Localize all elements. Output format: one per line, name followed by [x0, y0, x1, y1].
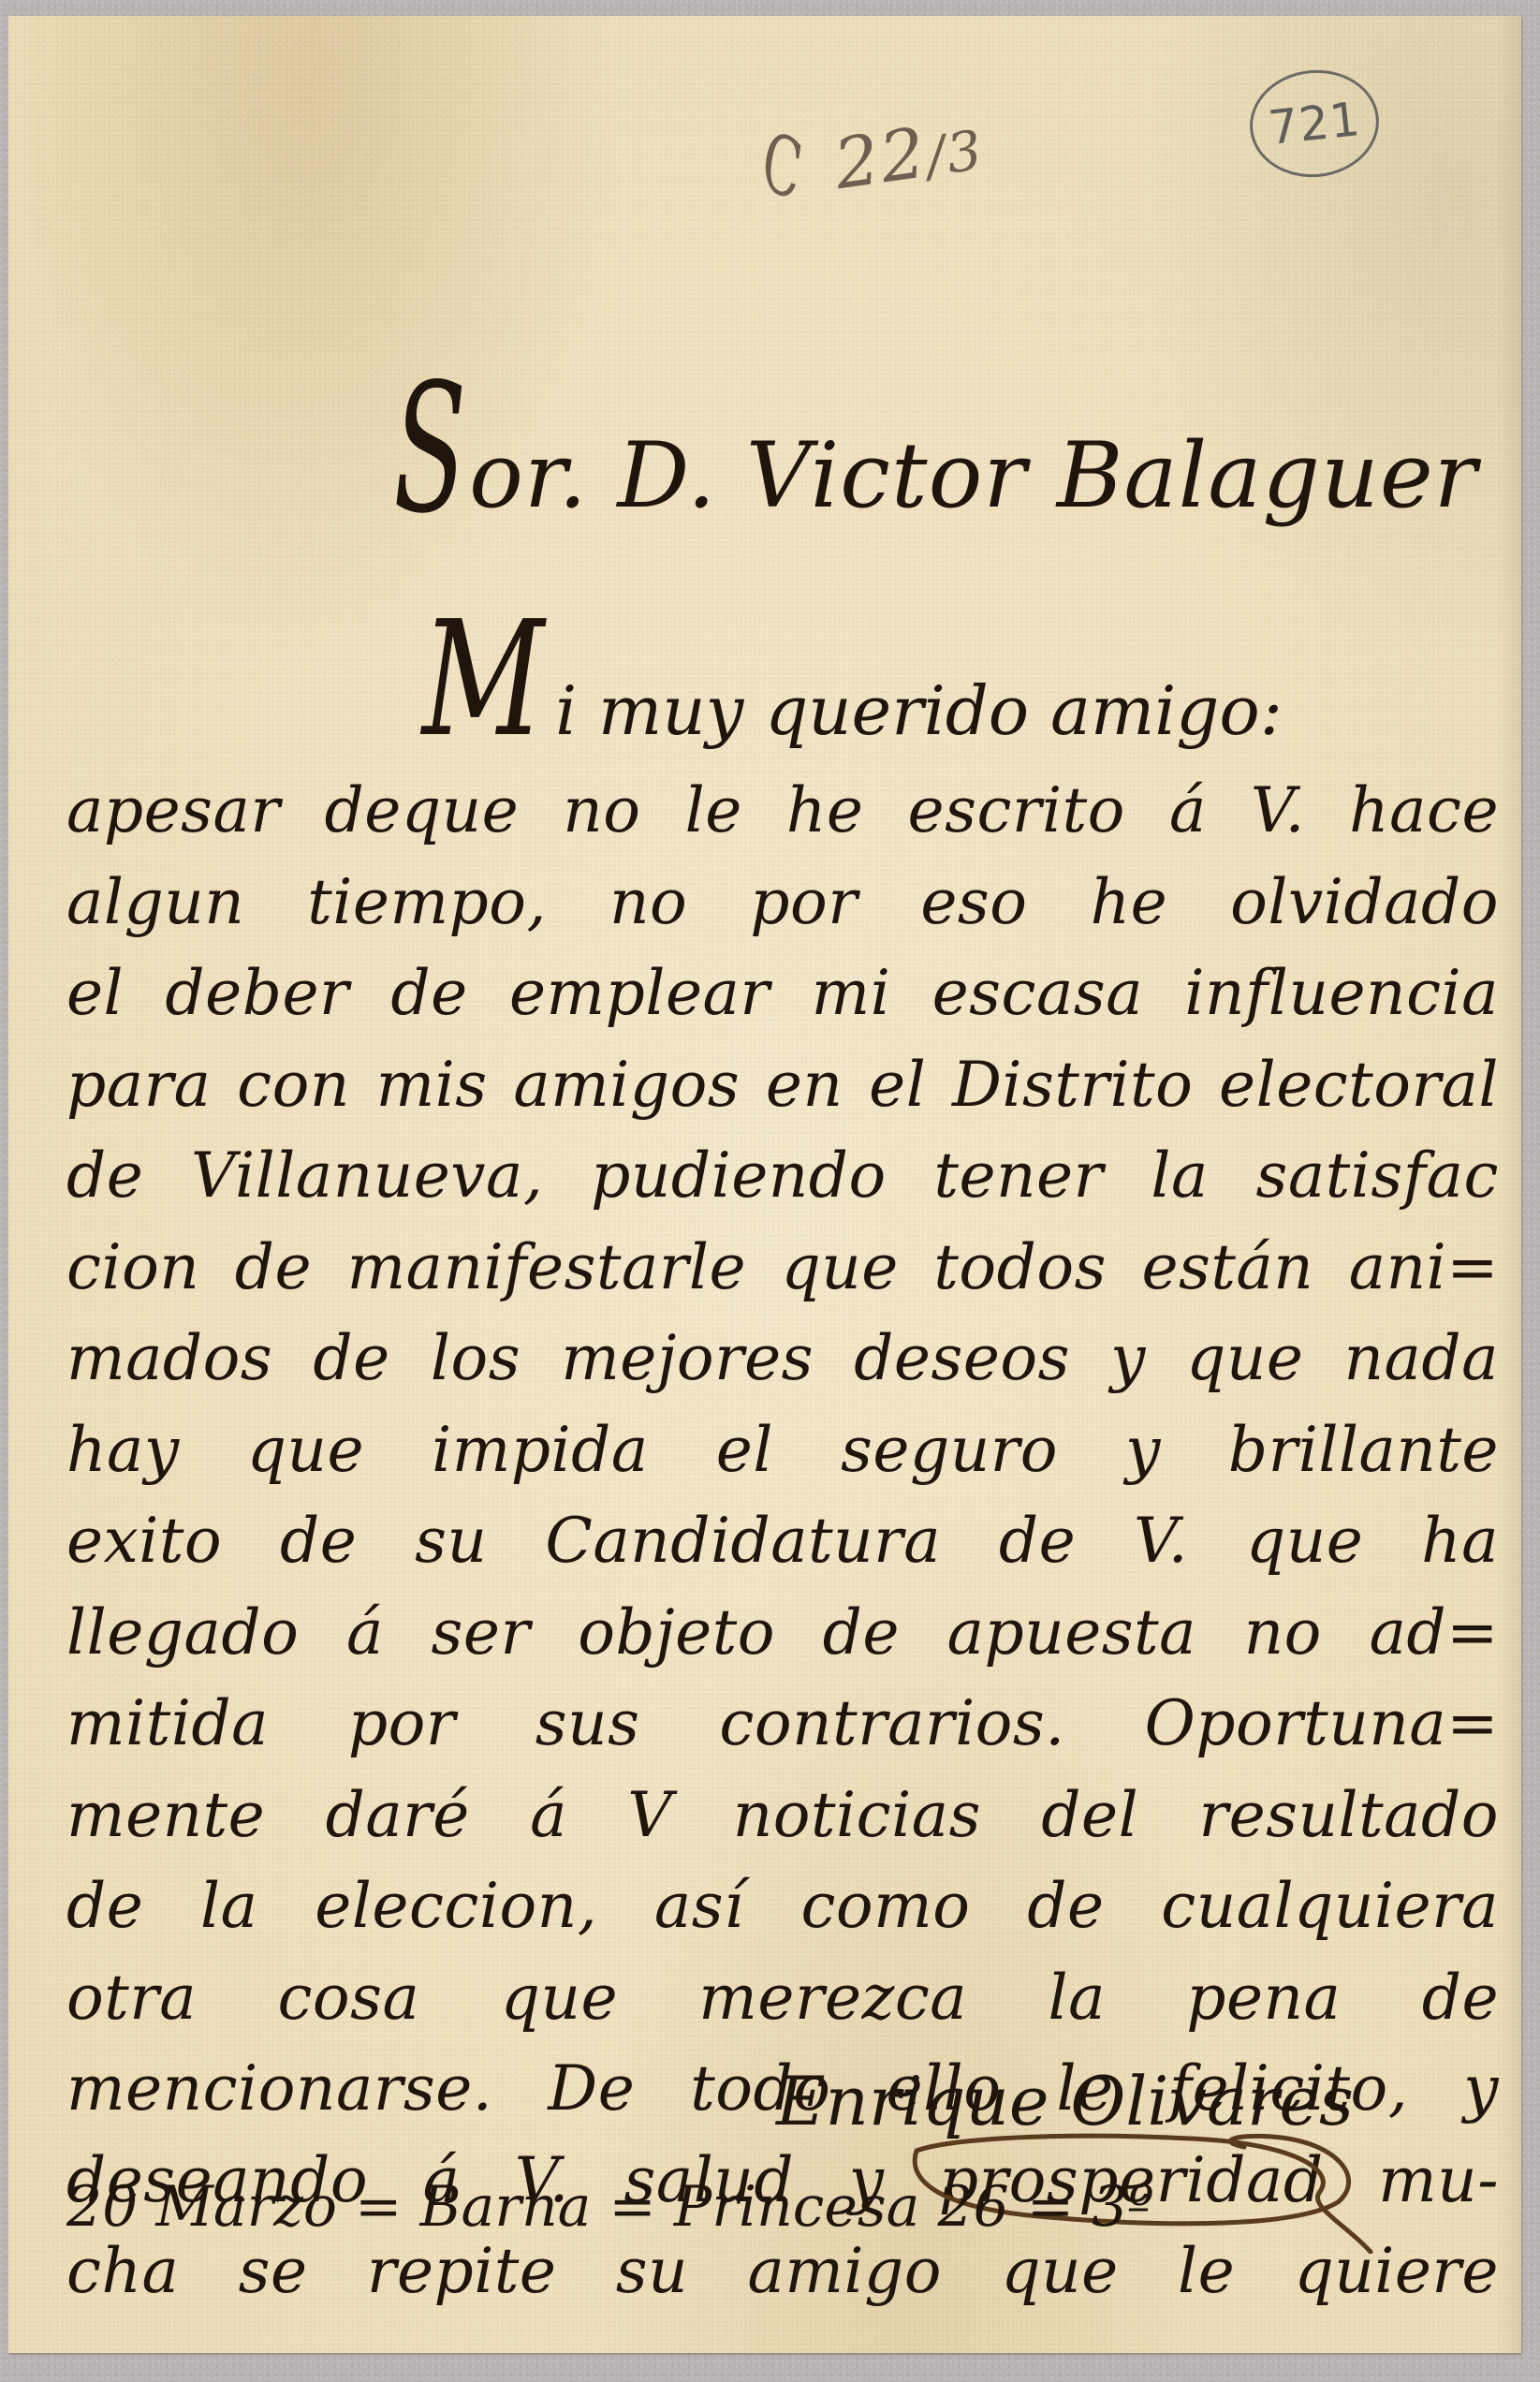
- archive-annotation-fraction: /3: [922, 118, 987, 189]
- salutation-text: or. D. Victor Balaguer: [469, 423, 1477, 528]
- letter-sheet: C 22/3 721 Sor. D. Victor Balaguer Mi mu…: [8, 16, 1521, 2353]
- catalog-number-text: 721: [1266, 92, 1363, 155]
- dateline: 20 Marzo = Barna = Princesa 26 = 3º: [66, 2174, 1154, 2240]
- body-line: algun tiempo, no por eso he olvidado: [66, 857, 1499, 948]
- body-line: mitida por sus contrarios. Oportuna=: [66, 1678, 1499, 1770]
- archive-annotation: C 22/3: [742, 89, 989, 221]
- dateline-text: 20 Marzo = Barna = Princesa 26 = 3º: [66, 2174, 1154, 2240]
- body-line: el deber de emplear mi escasa influencia: [66, 948, 1499, 1039]
- body-line: apesar deque no le he escrito á V. hace: [66, 765, 1499, 857]
- body-line: llegado á ser objeto de apuesta no ad=: [66, 1587, 1499, 1679]
- body-line: para con mis amigos en el Distrito elect…: [66, 1039, 1499, 1131]
- archive-annotation-prefix: C: [762, 110, 803, 223]
- body-line: mados de los mejores deseos y que nada: [66, 1313, 1499, 1404]
- salutation: Sor. D. Victor Balaguer: [369, 423, 1478, 528]
- body-line: hay que impida el seguro y brillante: [66, 1404, 1499, 1496]
- greeting-text: i muy querido amigo:: [555, 671, 1283, 750]
- circled-catalog-number: 721: [1244, 64, 1384, 184]
- body-line: cion de manifestarle que todos están ani…: [66, 1222, 1499, 1314]
- body-line: mente daré á V noticias del resultado: [66, 1770, 1499, 1861]
- body-line: de la eleccion, así como de cualquiera: [66, 1860, 1499, 1952]
- greeting: Mi muy querido amigo:: [402, 671, 1283, 750]
- body-line: exito de su Candidatura de V. que ha: [66, 1495, 1499, 1587]
- body-line: otra cosa que merezca la pena de: [66, 1952, 1499, 2044]
- body-line: de Villanueva, pudiendo tener la satisfa…: [66, 1130, 1499, 1222]
- archive-annotation-number: 22: [829, 112, 931, 205]
